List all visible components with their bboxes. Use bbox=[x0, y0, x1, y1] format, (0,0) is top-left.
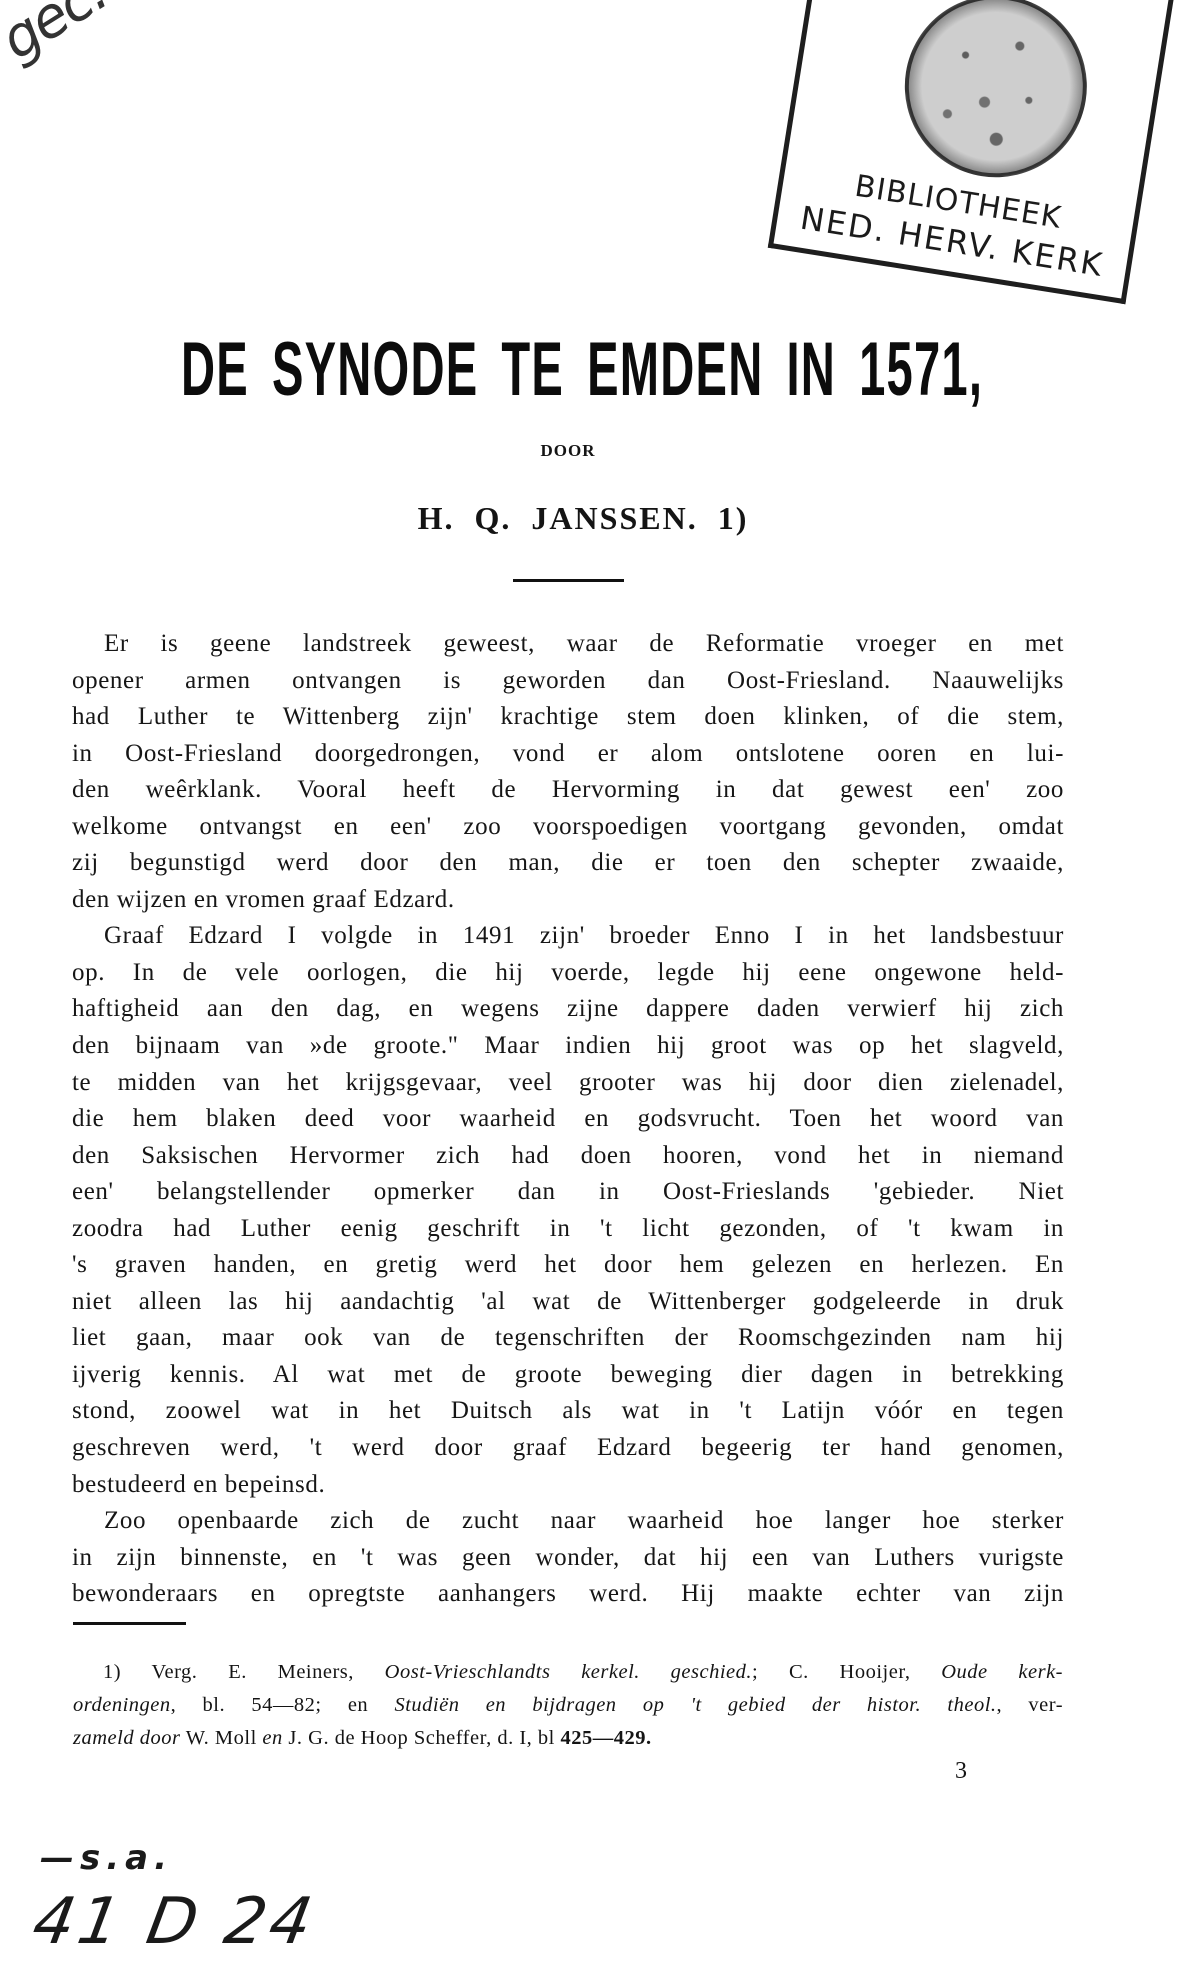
text-line: welkome ontvangst en een' zoo voorspoedi… bbox=[72, 809, 1064, 846]
text-line: Er is geene landstreek geweest, waar de … bbox=[72, 626, 1064, 663]
text-line: Zoo openbaarde zich de zucht naar waarhe… bbox=[72, 1503, 1064, 1540]
footnote-text: , bl. 54—82; en bbox=[171, 1694, 369, 1716]
text-line: in Oost-Friesland doorgedrongen, vond er… bbox=[72, 736, 1064, 773]
text-line: den weêrklank. Vooral heeft de Hervormin… bbox=[72, 772, 1064, 809]
footnote-italic: en bbox=[262, 1727, 282, 1749]
footnote-italic: ordeningen bbox=[73, 1694, 171, 1716]
text-line: Graaf Edzard I volgde in 1491 zijn' broe… bbox=[72, 918, 1064, 955]
footnote-divider bbox=[73, 1622, 186, 1625]
text-line: zoodra had Luther eenig geschrift in 't … bbox=[72, 1211, 1064, 1248]
footnote-text: W. Moll bbox=[186, 1727, 257, 1749]
footnote-italic: Oost-Vrieschlandts kerkel. geschied. bbox=[385, 1661, 752, 1683]
footnote-page-range: 425—429. bbox=[560, 1727, 651, 1749]
text-line: liet gaan, maar ook van de tegenschrifte… bbox=[72, 1320, 1064, 1357]
text-line: op. In de vele oorlogen, die hij voerde,… bbox=[72, 955, 1064, 992]
footnote-italic: Oude kerk- bbox=[941, 1661, 1063, 1683]
text-line: den wijzen en vromen graaf Edzard. bbox=[72, 882, 1064, 919]
text-line: in zijn binnenste, en 't was geen wonder… bbox=[72, 1540, 1064, 1577]
title-text: DE SYNODE TE EMDEN IN 1571, bbox=[181, 330, 983, 410]
text-line: bewonderaars en opregtste aanhangers wer… bbox=[72, 1576, 1064, 1613]
footnote-italic: zameld door bbox=[73, 1727, 180, 1749]
text-line: stond, zoowel wat in het Duitsch als wat… bbox=[72, 1393, 1064, 1430]
text-line: haftigheid aan den dag, en wegens zijne … bbox=[72, 991, 1064, 1028]
page-number: 3 bbox=[955, 1758, 967, 1785]
text-line: te midden van het krijgsgevaar, veel gro… bbox=[72, 1065, 1064, 1102]
handwritten-note-sa: —s.a. bbox=[40, 1838, 173, 1878]
footnote-text: , ver- bbox=[997, 1694, 1064, 1716]
library-seal-icon bbox=[892, 0, 1100, 190]
handwritten-shelfmark: 41 D 24 bbox=[27, 1885, 321, 1959]
text-line: ijverig kennis. Al wat met de groote bew… bbox=[72, 1357, 1064, 1394]
title-divider bbox=[513, 579, 624, 582]
text-line: die hem blaken deed voor waarheid en god… bbox=[72, 1101, 1064, 1138]
footnote-line: ordeningen, bl. 54—82; en Studiën en bij… bbox=[73, 1689, 1063, 1722]
footnotes: 1) Verg. E. Meiners, Oost-Vrieschlandts … bbox=[73, 1656, 1063, 1755]
text-line: den bijnaam van »de groote." Maar indien… bbox=[72, 1028, 1064, 1065]
text-line: niet alleen las hij aandachtig 'al wat d… bbox=[72, 1284, 1064, 1321]
footnote-line: zameld door W. Moll en J. G. de Hoop Sch… bbox=[73, 1722, 1063, 1755]
handwritten-note-top: gec. bbox=[0, 0, 118, 73]
text-line: den Saksischen Hervormer zich had doen h… bbox=[72, 1138, 1064, 1175]
footnote-text: 1) Verg. E. Meiners, bbox=[103, 1661, 354, 1683]
text-line: opener armen ontvangen is geworden dan O… bbox=[72, 663, 1064, 700]
footnote-text: J. G. de Hoop Scheffer, d. I, bl bbox=[288, 1727, 554, 1749]
body-text: Er is geene landstreek geweest, waar de … bbox=[72, 626, 1064, 1613]
byline: DOOR bbox=[0, 441, 1136, 461]
text-line: had Luther te Wittenberg zijn' krachtige… bbox=[72, 699, 1064, 736]
text-line: bestudeerd en bepeinsd. bbox=[72, 1467, 1064, 1504]
footnote-italic: Studiën en bijdragen op 't gebied der hi… bbox=[394, 1694, 996, 1716]
text-line: een' belangstellender opmerker dan in Oo… bbox=[72, 1174, 1064, 1211]
library-stamp: BIBLIOTHEEK NED. HERV. KERK bbox=[768, 0, 1178, 304]
page-title: DE SYNODE TE EMDEN IN 1571, bbox=[181, 330, 961, 410]
footnote-text: ; C. Hooijer, bbox=[752, 1661, 910, 1683]
text-line: geschreven werd, 't werd door graaf Edza… bbox=[72, 1430, 1064, 1467]
footnote-line: 1) Verg. E. Meiners, Oost-Vrieschlandts … bbox=[73, 1656, 1063, 1689]
author: H. Q. JANSSEN. 1) bbox=[0, 500, 1166, 537]
text-line: zij begunstigd werd door den man, die er… bbox=[72, 845, 1064, 882]
text-line: 's graven handen, en gretig werd het doo… bbox=[72, 1247, 1064, 1284]
